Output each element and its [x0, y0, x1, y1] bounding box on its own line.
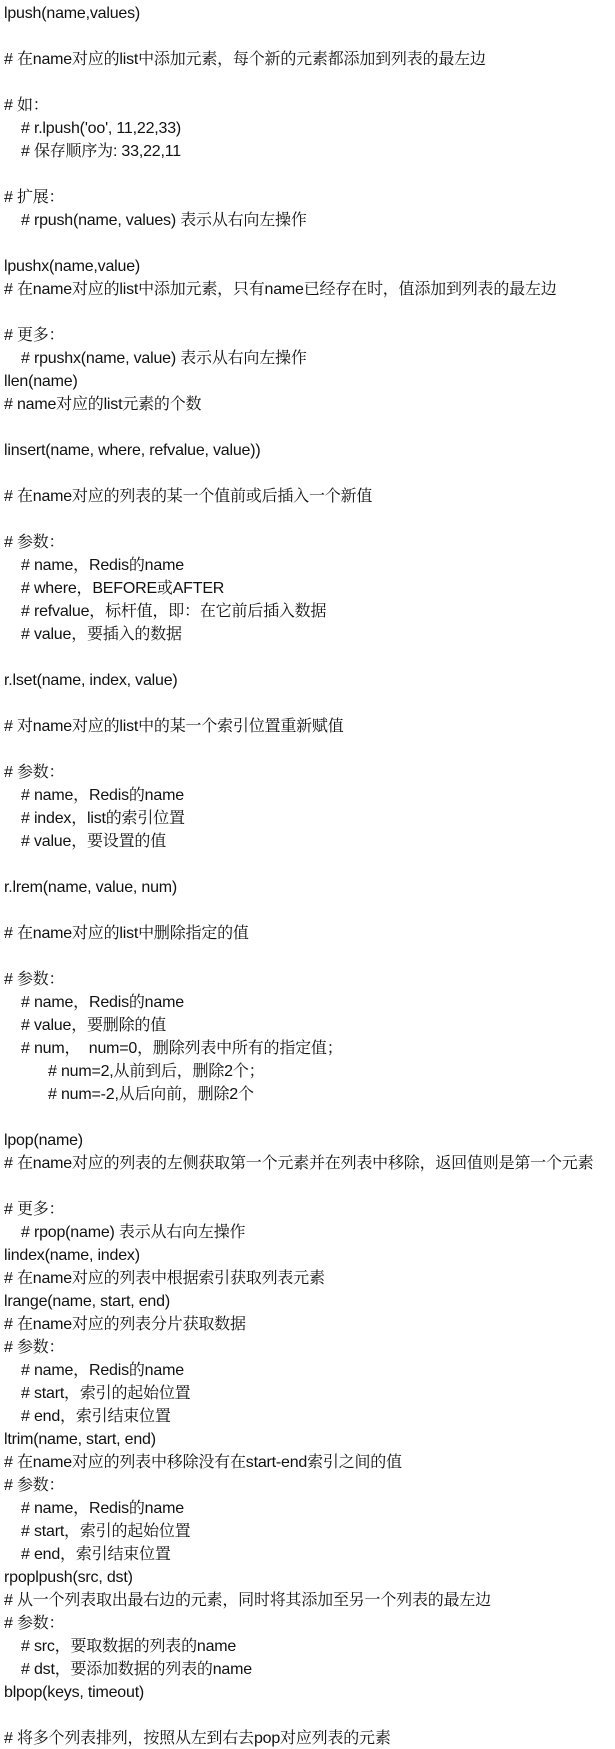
- comment-param-line: # rpushx(name, value) 表示从右向左操作: [0, 347, 615, 370]
- function-signature: blpop(keys, timeout): [0, 1681, 615, 1704]
- comment-param-line: # start，索引的起始位置: [0, 1520, 615, 1543]
- blank-line: [0, 508, 615, 531]
- blank-line: [0, 163, 615, 186]
- function-signature: lpop(name): [0, 1129, 615, 1152]
- comment-param-line: # rpop(name) 表示从右向左操作: [0, 1221, 615, 1244]
- comment-line: # 参数：: [0, 1612, 615, 1635]
- blank-line: [0, 1106, 615, 1129]
- comment-line: # 在name对应的list中删除指定的值: [0, 922, 615, 945]
- comment-line: # 扩展：: [0, 186, 615, 209]
- comment-param-line: # name，Redis的name: [0, 1359, 615, 1382]
- comment-line: # 在name对应的列表的左侧获取第一个元素并在列表中移除，返回值则是第一个元素: [0, 1152, 615, 1175]
- function-signature: r.lset(name, index, value): [0, 669, 615, 692]
- comment-param-line: # start，索引的起始位置: [0, 1382, 615, 1405]
- comment-param-line: # where，BEFORE或AFTER: [0, 577, 615, 600]
- comment-param-line: # value，要删除的值: [0, 1014, 615, 1037]
- comment-line: # 如：: [0, 94, 615, 117]
- function-signature: lindex(name, index): [0, 1244, 615, 1267]
- comment-param-line: # end，索引结束位置: [0, 1405, 615, 1428]
- function-signature: linsert(name, where, refvalue, value)): [0, 439, 615, 462]
- comment-line: # 在name对应的列表中根据索引获取列表元素: [0, 1267, 615, 1290]
- function-signature: r.lrem(name, value, num): [0, 876, 615, 899]
- blank-line: [0, 945, 615, 968]
- comment-param-line: # num， num=0，删除列表中所有的指定值；: [0, 1037, 615, 1060]
- comment-line: # 在name对应的列表中移除没有在start-end索引之间的值: [0, 1451, 615, 1474]
- comment-param-line: # value，要插入的数据: [0, 623, 615, 646]
- comment-line: # 对name对应的list中的某一个索引位置重新赋值: [0, 715, 615, 738]
- document-body: lpush(name,values)# 在name对应的list中添加元素，每个…: [0, 2, 615, 1749]
- blank-line: [0, 646, 615, 669]
- comment-line: # 在name对应的列表分片获取数据: [0, 1313, 615, 1336]
- comment-line: # 将多个列表排列，按照从左到右去pop对应列表的元素: [0, 1727, 615, 1749]
- blank-line: [0, 692, 615, 715]
- comment-line: # 更多：: [0, 324, 615, 347]
- function-signature: lpushx(name,value): [0, 255, 615, 278]
- blank-line: [0, 462, 615, 485]
- blank-line: [0, 1704, 615, 1727]
- comment-line: # 在name对应的list中添加元素，每个新的元素都添加到列表的最左边: [0, 48, 615, 71]
- comment-line: # 参数：: [0, 531, 615, 554]
- comment-line: # 参数：: [0, 1474, 615, 1497]
- comment-param-line: # name，Redis的name: [0, 784, 615, 807]
- function-signature: lrange(name, start, end): [0, 1290, 615, 1313]
- comment-param-line: # r.lpush('oo', 11,22,33): [0, 117, 615, 140]
- function-signature: rpoplpush(src, dst): [0, 1566, 615, 1589]
- comment-param-line: # num=2,从前到后，删除2个；: [0, 1060, 615, 1083]
- comment-param-line: # index，list的索引位置: [0, 807, 615, 830]
- comment-line: # 从一个列表取出最右边的元素，同时将其添加至另一个列表的最左边: [0, 1589, 615, 1612]
- comment-param-line: # src，要取数据的列表的name: [0, 1635, 615, 1658]
- comment-line: # 在name对应的list中添加元素，只有name已经存在时，值添加到列表的最…: [0, 278, 615, 301]
- function-signature: ltrim(name, start, end): [0, 1428, 615, 1451]
- comment-param-line: # name，Redis的name: [0, 554, 615, 577]
- comment-param-line: # rpush(name, values) 表示从右向左操作: [0, 209, 615, 232]
- function-signature: lpush(name,values): [0, 2, 615, 25]
- comment-param-line: # value，要设置的值: [0, 830, 615, 853]
- blank-line: [0, 232, 615, 255]
- comment-line: # 参数：: [0, 761, 615, 784]
- comment-param-line: # end，索引结束位置: [0, 1543, 615, 1566]
- comment-line: # 参数：: [0, 1336, 615, 1359]
- blank-line: [0, 899, 615, 922]
- blank-line: [0, 738, 615, 761]
- comment-line: # 更多：: [0, 1198, 615, 1221]
- blank-line: [0, 71, 615, 94]
- function-signature: llen(name): [0, 370, 615, 393]
- comment-param-line: # refvalue，标杆值，即：在它前后插入数据: [0, 600, 615, 623]
- comment-param-line: # name，Redis的name: [0, 1497, 615, 1520]
- comment-param-line: # 保存顺序为: 33,22,11: [0, 140, 615, 163]
- comment-param-line: # dst，要添加数据的列表的name: [0, 1658, 615, 1681]
- comment-line: # 在name对应的列表的某一个值前或后插入一个新值: [0, 485, 615, 508]
- blank-line: [0, 1175, 615, 1198]
- blank-line: [0, 416, 615, 439]
- blank-line: [0, 301, 615, 324]
- blank-line: [0, 25, 615, 48]
- comment-param-line: # name，Redis的name: [0, 991, 615, 1014]
- comment-line: # name对应的list元素的个数: [0, 393, 615, 416]
- comment-param-line: # num=-2,从后向前，删除2个: [0, 1083, 615, 1106]
- blank-line: [0, 853, 615, 876]
- comment-line: # 参数：: [0, 968, 615, 991]
